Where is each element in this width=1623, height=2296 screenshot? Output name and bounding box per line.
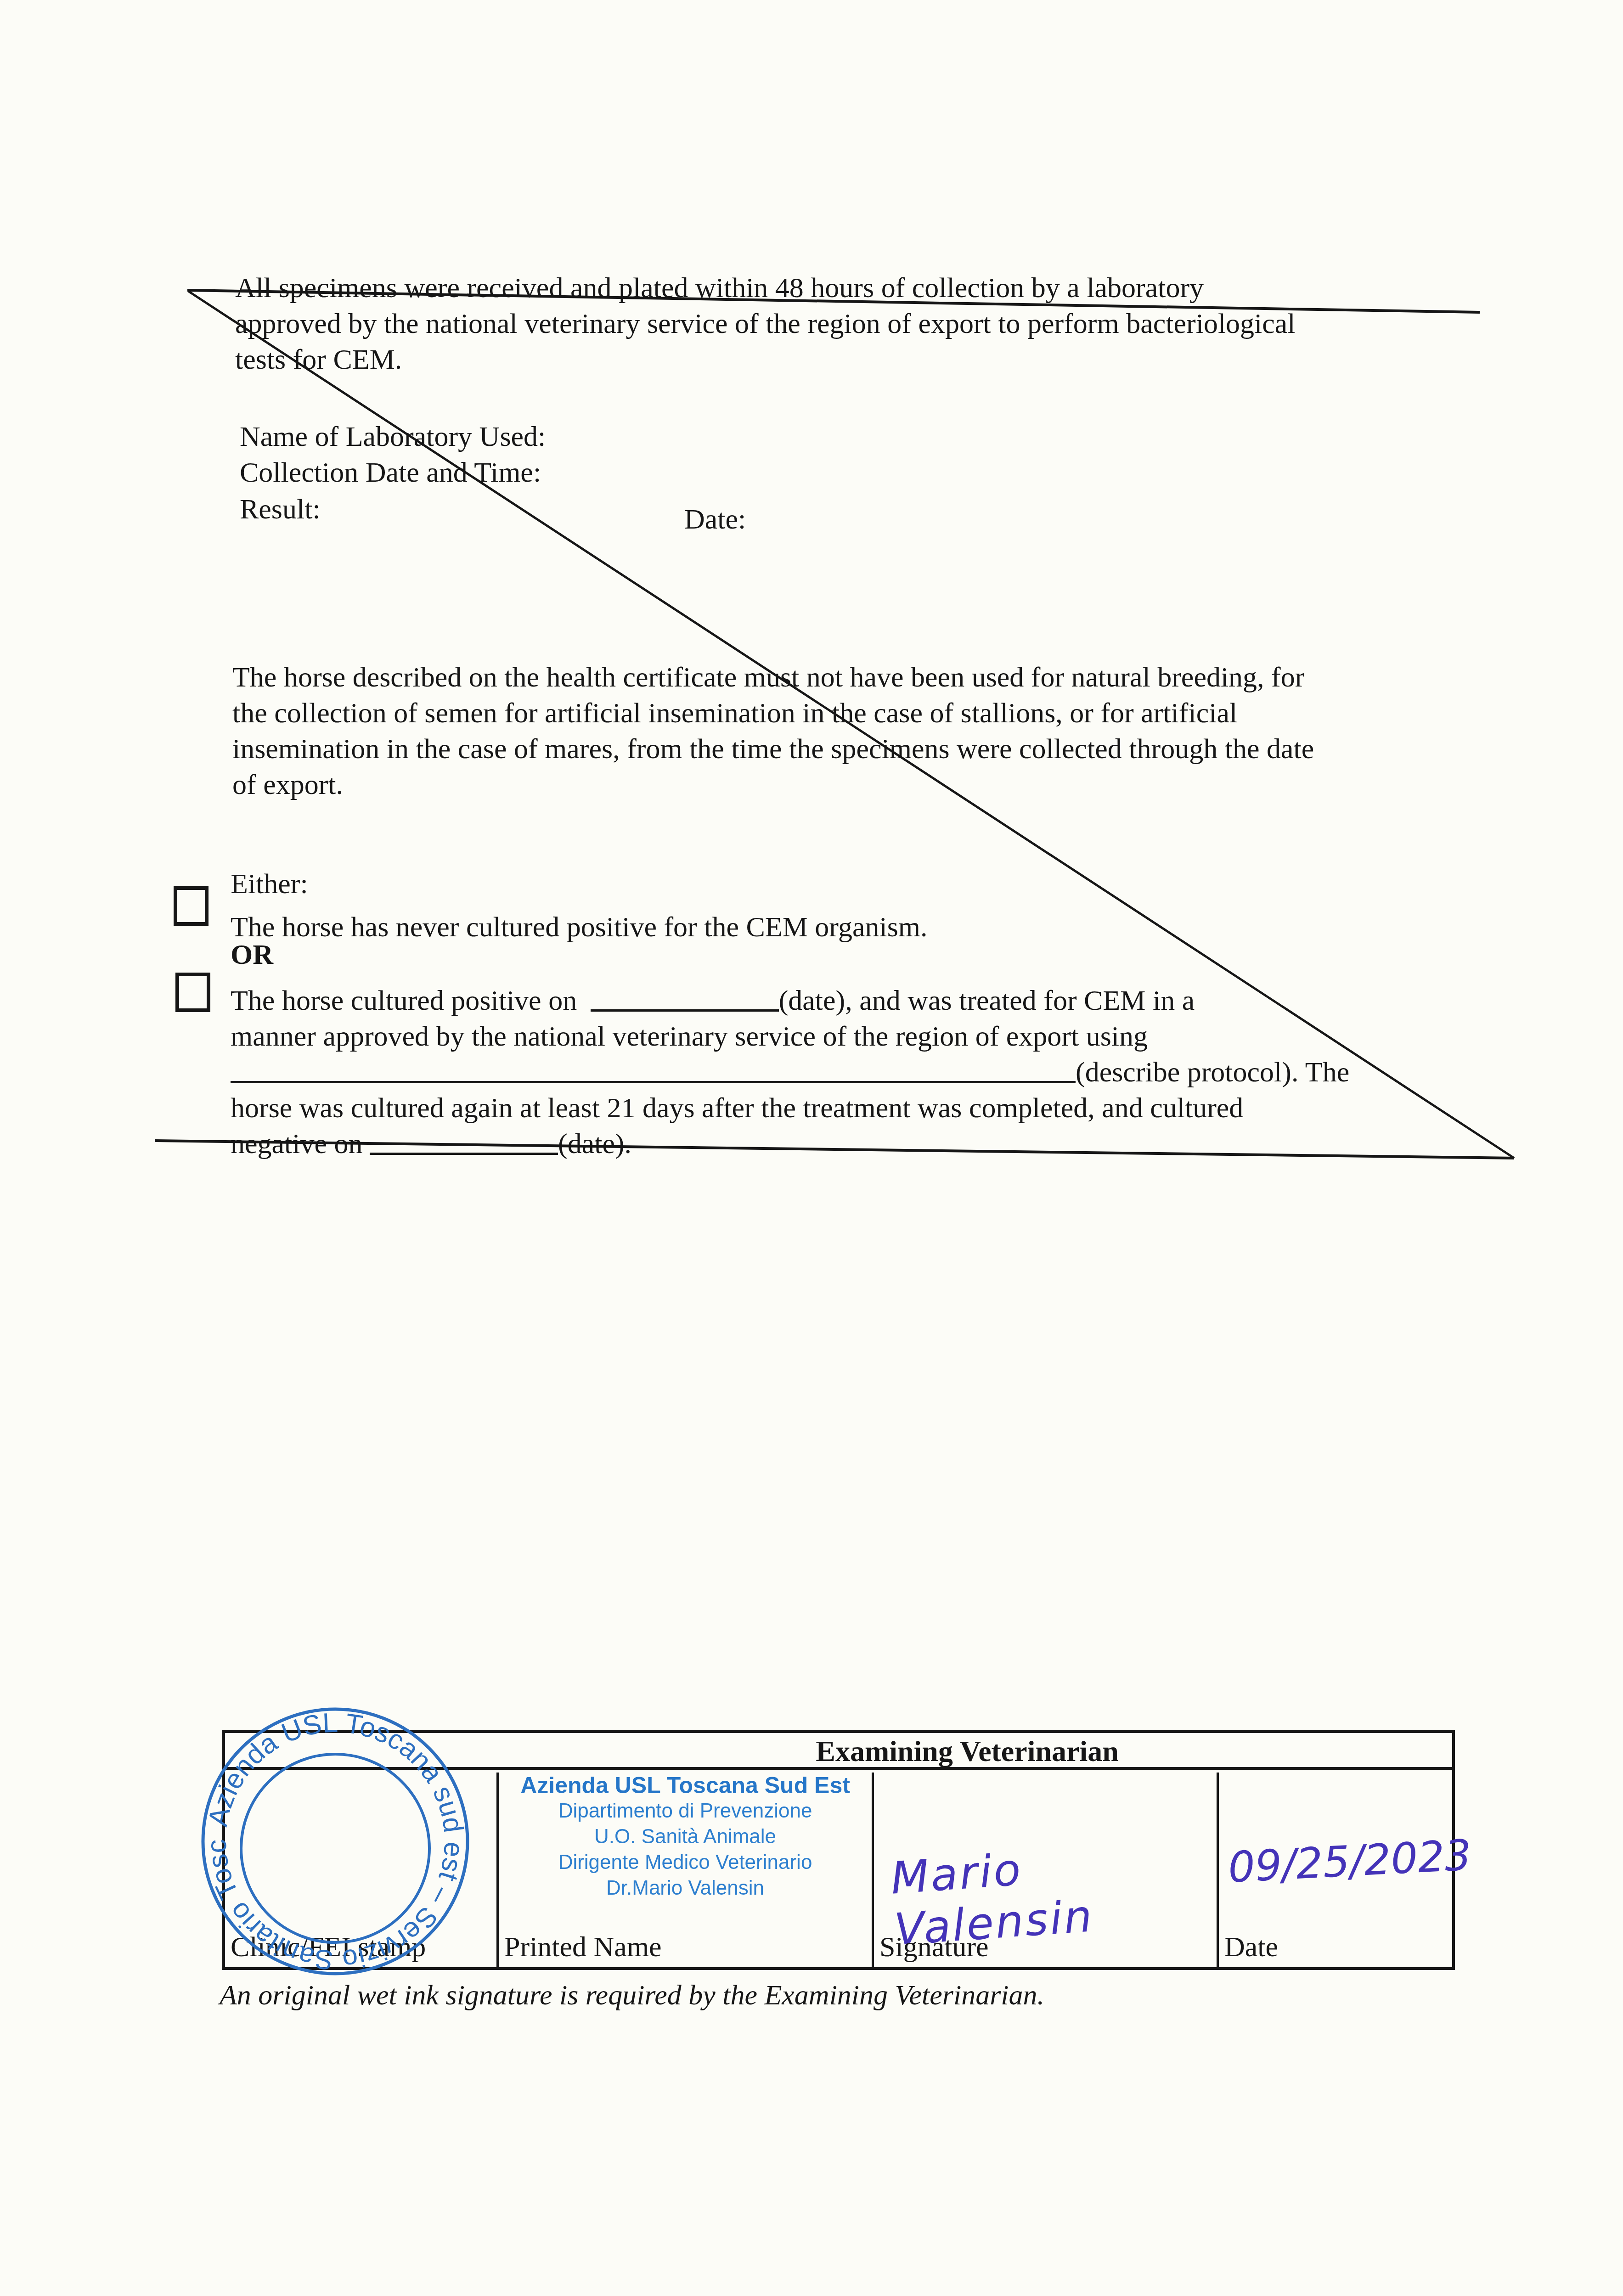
never-cultured-positive-checkbox[interactable]: [174, 886, 209, 926]
printed-name-stamp: Azienda USL Toscana Sud Est Dipartimento…: [499, 1773, 872, 1901]
cultured-positive-line-4: horse was cultured again at least 21 day…: [231, 1090, 1243, 1126]
official-round-stamp-icon: Azienda USL Toscana sud est – Servizio S…: [193, 1699, 478, 1984]
stamp-line-role: Dirigente Medico Veterinario: [499, 1850, 872, 1875]
never-cultured-positive-text: The horse has never cultured positive fo…: [231, 909, 928, 945]
stamp-line-department: Dipartimento di Prevenzione: [499, 1798, 872, 1824]
describe-protocol-label: (describe protocol). The: [1076, 1057, 1349, 1088]
describe-protocol-field[interactable]: [231, 1081, 1076, 1083]
printed-name-label: Printed Name: [504, 1931, 662, 1964]
negative-on-label: negative on: [231, 1128, 363, 1159]
lab-date-label: Date:: [684, 501, 746, 537]
either-label: Either:: [231, 866, 308, 902]
positive-date-field[interactable]: [591, 1009, 779, 1012]
name-of-laboratory-label: Name of Laboratory Used:: [240, 419, 546, 455]
cultured-positive-line-1b: (date), and was treated for CEM in a: [779, 985, 1195, 1016]
cultured-positive-line-2: manner approved by the national veterina…: [231, 1019, 1148, 1054]
handwritten-date: 09/25/2023: [1227, 1830, 1473, 1892]
negative-date-label: (date).: [558, 1128, 631, 1159]
cultured-positive-line-3: (describe protocol). The: [231, 1054, 1349, 1090]
stamp-line-unit: U.O. Sanità Animale: [499, 1824, 872, 1850]
breeding-line-1: The horse described on the health certif…: [232, 659, 1304, 695]
breeding-line-2: the collection of semen for artificial i…: [232, 695, 1237, 731]
lab-paragraph-line-1: All specimens were received and plated w…: [235, 270, 1204, 306]
stamp-line-organization: Azienda USL Toscana Sud Est: [499, 1773, 872, 1798]
stamp-line-name: Dr.Mario Valensin: [499, 1875, 872, 1901]
collection-date-time-label: Collection Date and Time:: [240, 455, 541, 490]
wet-ink-footnote: An original wet ink signature is require…: [220, 1979, 1044, 2012]
signature-label: Signature: [879, 1931, 989, 1964]
lab-paragraph-line-3: tests for CEM.: [235, 342, 402, 377]
cultured-positive-line-1: The horse cultured positive on (date), a…: [231, 983, 1195, 1019]
negative-date-field[interactable]: [370, 1153, 558, 1155]
date-label: Date: [1224, 1931, 1278, 1964]
signature-cell[interactable]: Mario Valensin Signature: [874, 1773, 1219, 1967]
cultured-positive-checkbox[interactable]: [175, 973, 210, 1012]
breeding-line-3: insemination in the case of mares, from …: [232, 731, 1314, 767]
lab-paragraph-line-2: approved by the national veterinary serv…: [235, 306, 1296, 342]
cultured-positive-line-5: negative on (date).: [231, 1126, 631, 1162]
breeding-line-4: of export.: [232, 767, 343, 803]
printed-name-cell: Azienda USL Toscana Sud Est Dipartimento…: [499, 1773, 874, 1967]
cultured-positive-line-1a: The horse cultured positive on: [231, 985, 577, 1016]
or-label: OR: [231, 937, 273, 973]
result-label: Result:: [240, 491, 321, 527]
date-cell[interactable]: 09/25/2023 Date: [1219, 1773, 1452, 1967]
